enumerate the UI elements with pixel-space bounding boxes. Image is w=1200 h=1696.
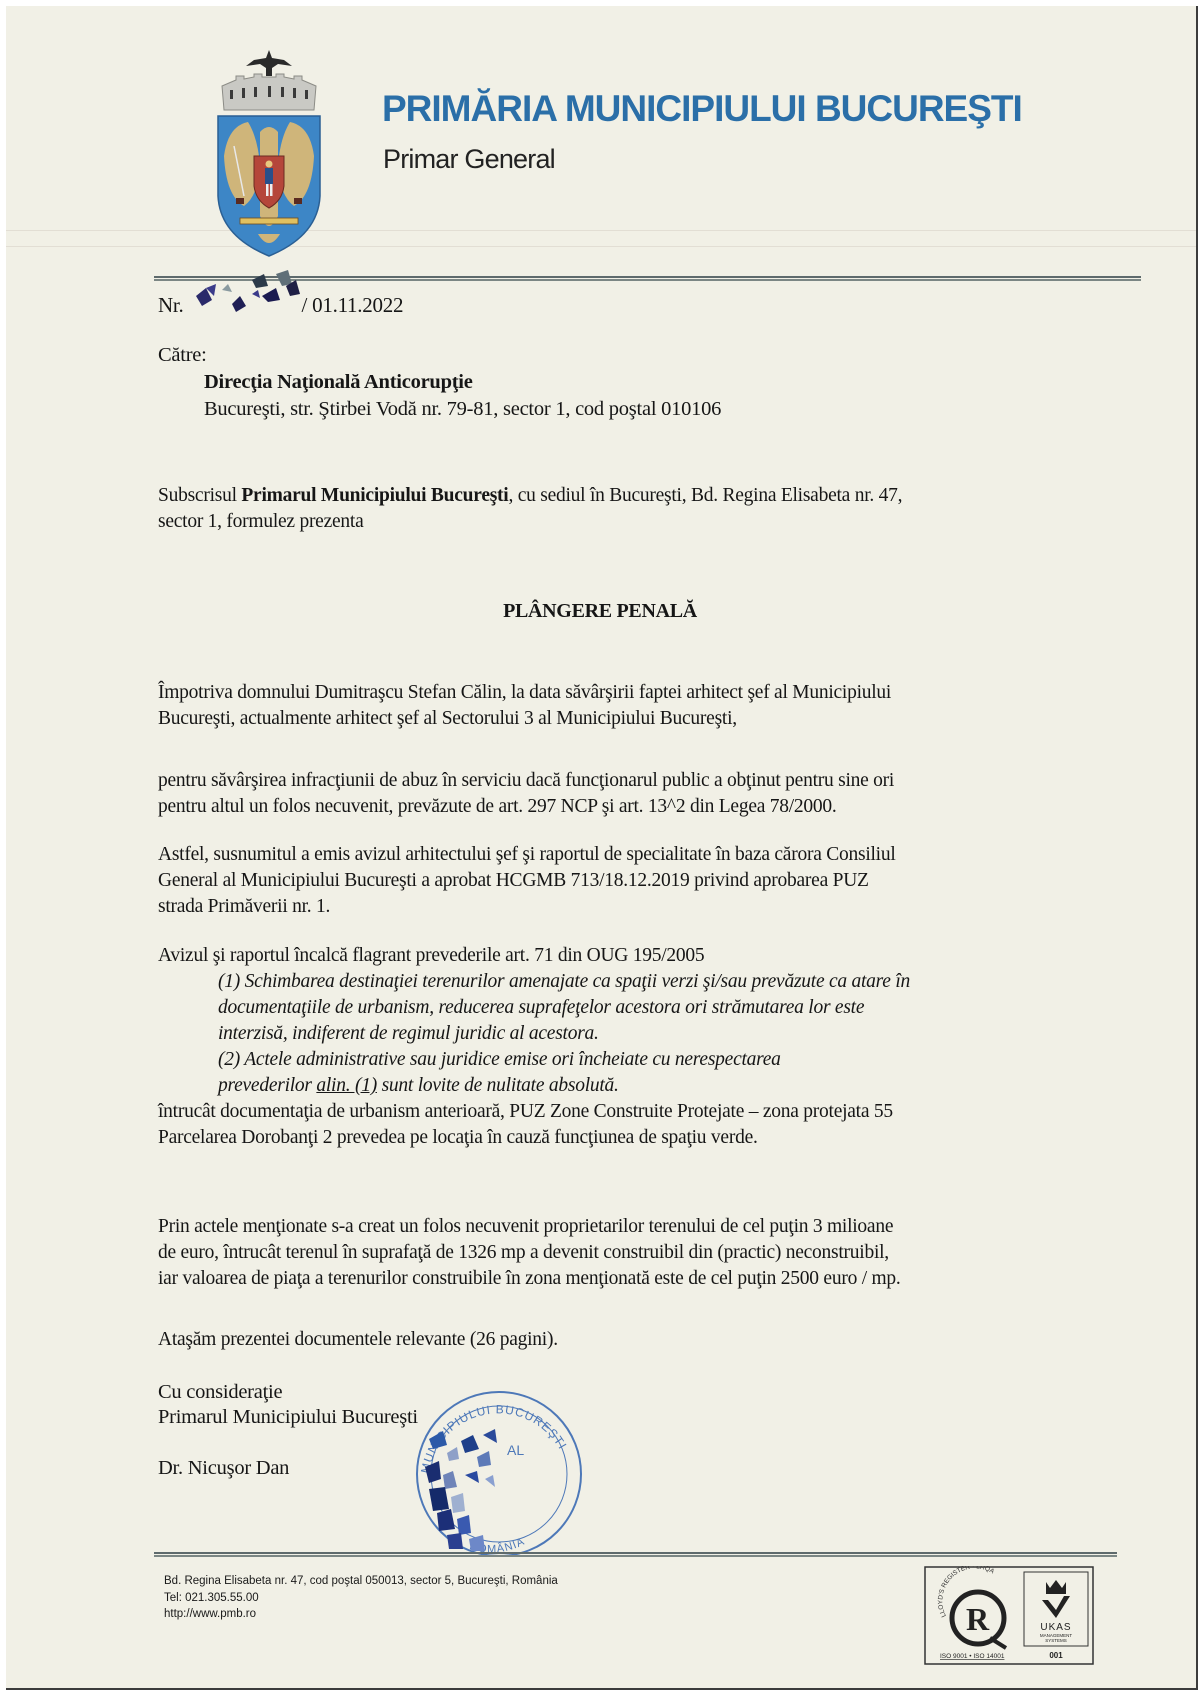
document-page: PRIMĂRIA MUNICIPIULUI BUCUREŞTI Primar G…	[6, 6, 1198, 1690]
header-faint-rule	[6, 246, 1196, 247]
footer-phone: Tel: 021.305.55.00	[164, 1592, 259, 1604]
paragraph-4-tail: Parcelarea Dorobanţi 2 prevedea pe locaţ…	[158, 1125, 758, 1151]
intro-line-1: Subscrisul Primarul Municipiului Bucureş…	[158, 483, 902, 509]
footer-website[interactable]: http://www.pmb.ro	[164, 1608, 256, 1620]
certification-badges: LLOYD'S REGISTER - LRQA R ISO 9001 • ISO…	[924, 1566, 1094, 1665]
paragraph-2-line: pentru altul un folos necuvenit, prevăzu…	[158, 794, 837, 820]
svg-text:UKAS: UKAS	[1040, 1622, 1071, 1633]
attachments-note: Ataşăm prezentei documentele relevante (…	[158, 1327, 558, 1353]
intro-line-2: sector 1, formulez prezenta	[158, 509, 363, 535]
paragraph-3-line: Astfel, susnumitul a emis avizul arhitec…	[158, 842, 896, 868]
law-quote-line: (1) Schimbarea destinaţiei terenurilor a…	[218, 969, 910, 995]
alin-1-link[interactable]: alin. (1)	[316, 1075, 377, 1096]
paragraph-5-line: Prin actele menţionate s-a creat un folo…	[158, 1214, 893, 1240]
recipient-address: Bucureşti, str. Ştirbei Vodă nr. 79-81, …	[204, 396, 721, 422]
header-faint-rule	[6, 230, 1196, 231]
document-title: PLÂNGERE PENALĂ	[0, 600, 1200, 623]
ukas-logo-icon: UKAS MANAGEMENT SYSTEMS 001	[1024, 1572, 1088, 1660]
official-stamp-icon: MUNICIPIULUI BUCUREŞTI ROMÂNIA AL	[399, 1379, 594, 1569]
closing-formula: Cu consideraţie	[158, 1379, 282, 1405]
signatory-name: Dr. Nicuşor Dan	[158, 1455, 289, 1481]
organization-title: PRIMĂRIA MUNICIPIULUI BUCUREŞTI	[382, 88, 1022, 130]
footer-divider	[154, 1552, 1117, 1557]
svg-text:001: 001	[1049, 1651, 1063, 1660]
lrqa-logo-icon: LLOYD'S REGISTER - LRQA R ISO 9001 • ISO…	[937, 1566, 1006, 1660]
paragraph-3-line: General al Municipiului Bucureşti a apro…	[158, 868, 869, 894]
law-quote-line: documentaţiile de urbanism, reducerea su…	[218, 995, 864, 1021]
law-quote-line: (2) Actele administrative sau juridice e…	[218, 1047, 781, 1073]
redacted-number-icon	[192, 266, 312, 316]
paragraph-3-line: strada Primăverii nr. 1.	[158, 894, 330, 920]
paragraph-2-line: pentru săvârşirea infracţiunii de abuz î…	[158, 768, 894, 794]
recipient-name: Direcţia Naţională Anticorupţie	[204, 369, 473, 395]
paragraph-5-line: de euro, întrucât terenul în suprafaţă d…	[158, 1240, 889, 1266]
reference-date: / 01.11.2022	[302, 293, 404, 317]
svg-text:ISO 9001 • ISO 14001: ISO 9001 • ISO 14001	[940, 1653, 1005, 1660]
svg-text:R: R	[966, 1601, 990, 1637]
organization-subtitle: Primar General	[383, 144, 555, 175]
svg-text:AL: AL	[507, 1442, 524, 1458]
paragraph-1-line: Bucureşti, actualmente arhitect şef al S…	[158, 706, 737, 732]
signatory-role: Primarul Municipiului Bucureşti	[158, 1404, 418, 1430]
paragraph-4-lead: Avizul şi raportul încalcă flagrant prev…	[158, 943, 704, 969]
footer-address: Bd. Regina Elisabeta nr. 47, cod poştal …	[164, 1575, 558, 1587]
bucharest-coat-of-arms-icon	[214, 46, 324, 258]
paragraph-1-line: Împotriva domnului Dumitraşcu Stefan Căl…	[158, 680, 891, 706]
paragraph-5-line: iar valoarea de piaţa a terenurilor cons…	[158, 1266, 901, 1292]
svg-text:SYSTEMS: SYSTEMS	[1045, 1638, 1067, 1643]
recipient-label: Către:	[158, 342, 207, 368]
law-quote-line: interzisă, indiferent de regimul juridic…	[218, 1021, 599, 1047]
law-quote-line: prevederilor alin. (1) sunt lovite de nu…	[218, 1073, 619, 1099]
intro-sender: Primarul Municipiului Bucureşti	[241, 485, 508, 506]
reference-prefix: Nr.	[158, 293, 184, 317]
paragraph-4-tail: întrucât documentaţia de urbanism anteri…	[158, 1099, 893, 1125]
